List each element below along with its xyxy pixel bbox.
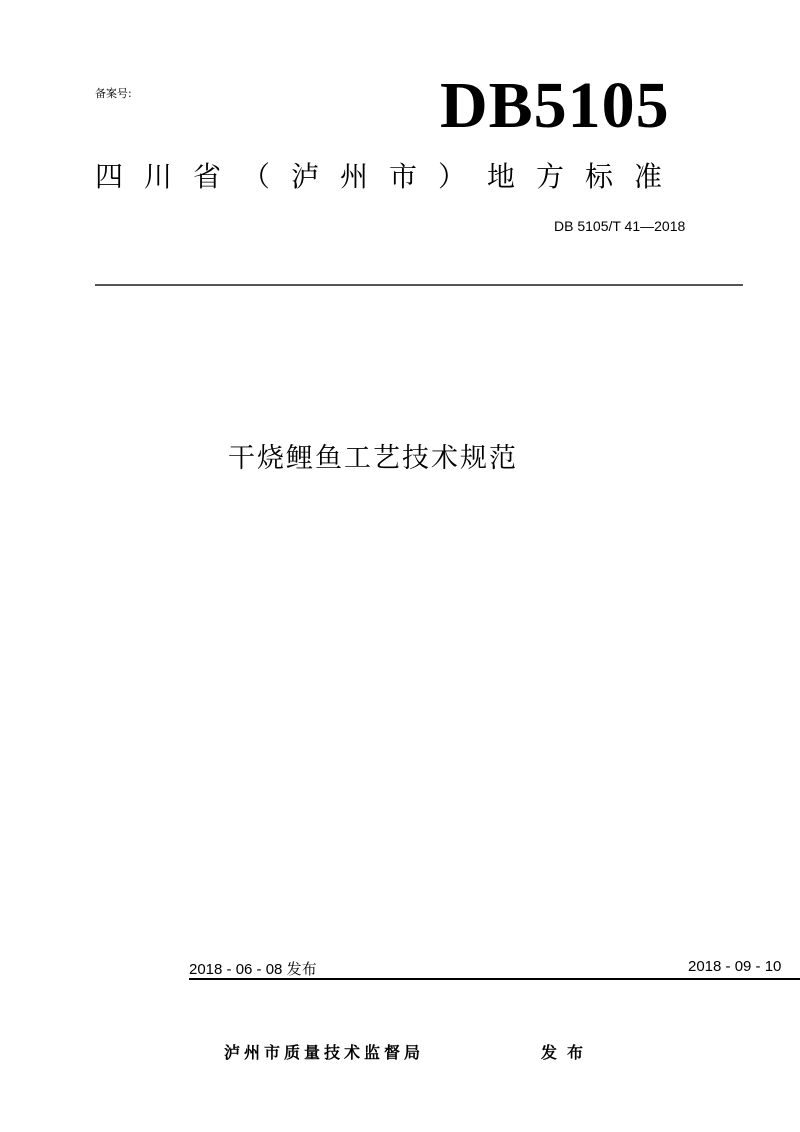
record-number-label: 备案号:: [95, 85, 132, 101]
issue-label: 发布: [541, 1040, 593, 1063]
document-title: 干烧鲤鱼工艺技术规范: [228, 436, 518, 475]
standard-number: DB 5105/T 41—2018: [554, 218, 685, 234]
standard-code-heading: DB5105: [440, 70, 670, 142]
bottom-divider: [189, 978, 800, 980]
effective-date: 2018 - 09 - 10: [688, 958, 781, 975]
issue-date: 2018 - 06 - 08 发布: [189, 958, 317, 979]
top-divider: [95, 284, 743, 286]
standard-category: 四川省（泸州市）地方标准: [95, 157, 683, 197]
issuing-authority: 泸州市质量技术监督局: [224, 1040, 424, 1063]
